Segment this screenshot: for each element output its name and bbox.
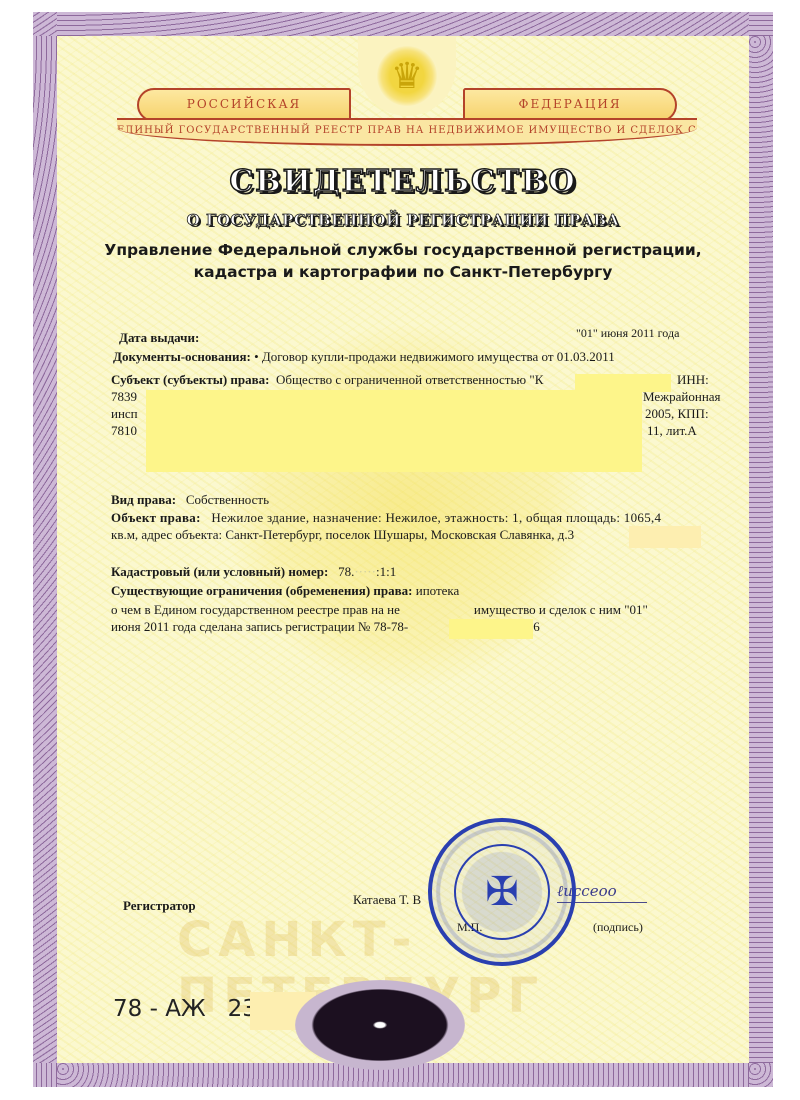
subject-row: Субъект (субъекты) права: Общество с огр… xyxy=(111,372,543,388)
ribbon-right: ФЕДЕРАЦИЯ xyxy=(463,88,677,122)
registrar-name: Катаева Т. В xyxy=(353,892,421,908)
documents-value: • Договор купли-продажи недвижимого имущ… xyxy=(254,349,615,364)
subject-label: Субъект (субъекты) права: xyxy=(111,372,270,387)
official-seal: ✠ xyxy=(428,818,576,966)
right-type-label: Вид права: xyxy=(111,492,176,507)
seal-eagle-icon: ✠ xyxy=(454,844,550,940)
cadastral-value-end: :1:1 xyxy=(376,564,396,579)
certificate-sheet: РОССИЙСКАЯ ФЕДЕРАЦИЯ ЕДИНЫЙ ГОСУДАРСТВЕН… xyxy=(33,12,773,1087)
ribbon-left: РОССИЙСКАЯ xyxy=(137,88,351,122)
subject-line4-end: 11, лит.А xyxy=(647,423,697,439)
agency-line-2: кадастра и картографии по Санкт-Петербур… xyxy=(57,261,749,283)
encumbrance-row: Существующие ограничения (обременения) п… xyxy=(111,583,459,599)
double-headed-eagle-icon: ♛ xyxy=(377,46,437,106)
cadastral-row: Кадастровый (или условный) номер: 78.···… xyxy=(111,564,396,580)
document-subtitle: О ГОСУДАРСТВЕННОЙ РЕГИСТРАЦИИ ПРАВА xyxy=(57,211,749,229)
signature-caption: (подпись) xyxy=(593,920,643,935)
right-type-value: Собственность xyxy=(186,492,269,507)
redaction-address xyxy=(629,526,701,548)
agency-line-1: Управление Федеральной службы государств… xyxy=(57,239,749,261)
issue-date-value: "01" июня 2011 года xyxy=(576,326,679,341)
header-banner: РОССИЙСКАЯ ФЕДЕРАЦИЯ ЕДИНЫЙ ГОСУДАРСТВЕН… xyxy=(117,36,697,146)
documents-row: Документы-основания: • Договор купли-про… xyxy=(113,349,615,365)
object-value-line2: кв.м, адрес объекта: Санкт-Петербург, по… xyxy=(111,527,574,543)
documents-label: Документы-основания: xyxy=(113,349,251,364)
subject-line3-end: 2005, КПП: xyxy=(645,406,709,422)
encumbrance-label: Существующие ограничения (обременения) п… xyxy=(111,583,412,598)
redaction-company-name xyxy=(575,374,671,392)
subject-line4-start: 7810 xyxy=(111,423,137,439)
object-row: Объект права: Нежилое здание, назначение… xyxy=(111,510,661,526)
right-type-row: Вид права: Собственность xyxy=(111,492,269,508)
issuing-agency: Управление Федеральной службы государств… xyxy=(57,239,749,283)
subject-line2-start: 7839 xyxy=(111,389,137,405)
cadastral-value: 78. xyxy=(338,564,354,579)
object-value-line1: Нежилое здание, назначение: Нежилое, эта… xyxy=(211,510,661,525)
registry-band: ЕДИНЫЙ ГОСУДАРСТВЕННЫЙ РЕЕСТР ПРАВ НА НЕ… xyxy=(117,118,697,146)
registrar-label: Регистратор xyxy=(123,898,196,914)
redaction-registration-number xyxy=(449,619,533,639)
object-label: Объект права: xyxy=(111,510,201,525)
subject-line3-start: инсп xyxy=(111,406,138,422)
encumbrance-value: ипотека xyxy=(416,583,460,598)
subject-value: Общество с ограниченной ответственностью… xyxy=(276,372,543,387)
certificate-paper: РОССИЙСКАЯ ФЕДЕРАЦИЯ ЕДИНЫЙ ГОСУДАРСТВЕН… xyxy=(57,36,749,1063)
security-rosette-icon xyxy=(295,980,465,1070)
document-title: СВИДЕТЕЛЬСТВО xyxy=(57,164,749,199)
serial-number: 78 - АЖ 23 xyxy=(113,996,257,1022)
emblem: ♛ xyxy=(358,36,456,116)
serial-prefix: 78 - АЖ xyxy=(113,996,206,1022)
cadastral-label: Кадастровый (или условный) номер: xyxy=(111,564,328,579)
subject-inn: ИНН: xyxy=(677,372,709,388)
issue-date-label: Дата выдачи: xyxy=(119,330,199,346)
registry-line1: о чем в Едином государственном реестре п… xyxy=(111,602,648,618)
redaction-subject xyxy=(146,390,642,472)
